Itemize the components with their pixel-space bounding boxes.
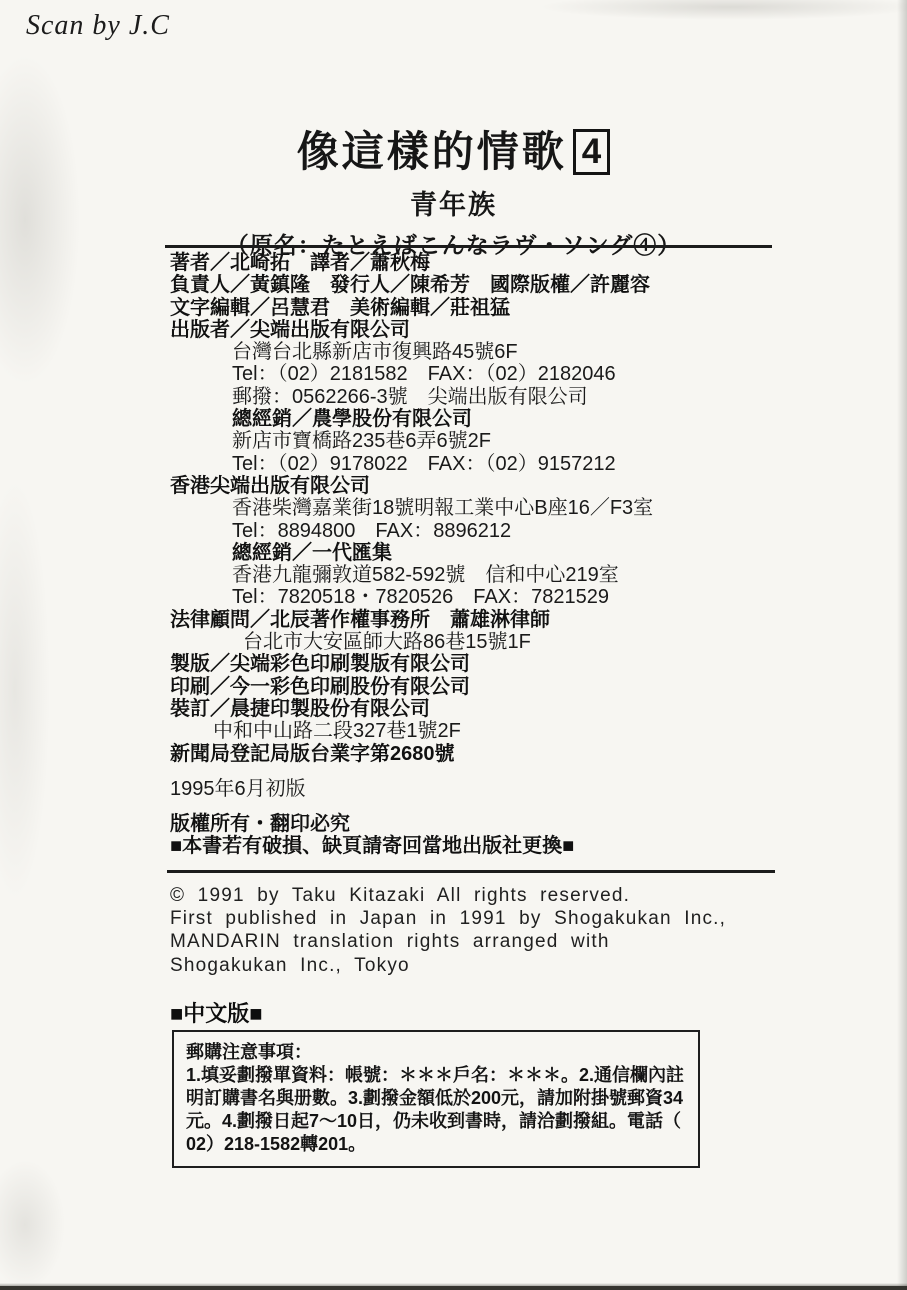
colophon-line: 香港尖端出版有限公司 [170, 475, 653, 497]
colophon-line: 版權所有・翻印必究 [170, 813, 653, 835]
colophon-line: 總經銷／農學股份有限公司 [170, 408, 653, 430]
copyright-line: © 1991 by Taku Kitazaki All rights reser… [170, 884, 726, 907]
mail-order-line: 明訂購書名與册數。3.劃撥金額低於200元，請加附掛號郵資34 [186, 1087, 688, 1110]
colophon-line: 製版／尖端彩色印刷製版有限公司 [170, 653, 653, 675]
copyright-line: First published in Japan in 1991 by Shog… [170, 907, 726, 930]
colophon-line: 台北市大安區師大路86巷15號1F [170, 631, 653, 653]
scanner-credit: Scan by J.C [26, 10, 170, 42]
chinese-edition-label: ■中文版■ [170, 997, 263, 1028]
colophon-line: 法律顧問／北辰著作權事務所 蕭雄淋律師 [170, 609, 653, 631]
colophon-line: 總經銷／一代匯集 [170, 542, 653, 564]
colophon-line: 文字編輯／呂慧君 美術編輯／莊祖猛 [170, 297, 653, 319]
colophon-line: 著者／北崎拓 譯者／蕭秋梅 [170, 252, 653, 274]
mail-order-line: 02）218-1582轉201。 [186, 1133, 688, 1156]
colophon-line: 郵撥：0562266-3號 尖端出版有限公司 [170, 386, 653, 408]
colophon-line: Tel：7820518・7820526 FAX：7821529 [170, 586, 653, 608]
mail-order-line: 元。4.劃撥日起7～10日，仍未收到書時，請洽劃撥組。電話（ [186, 1110, 688, 1133]
english-copyright-block: © 1991 by Taku Kitazaki All rights reser… [170, 884, 726, 977]
scan-smudge [0, 480, 50, 900]
colophon-line: 新聞局登記局版台業字第2680號 [170, 743, 653, 765]
colophon-line: Tel：（02）2181582 FAX：（02）2182046 [170, 363, 653, 385]
colophon-line: 香港九龍彌敦道582-592號 信和中心219室 [170, 564, 653, 586]
divider-bottom [167, 870, 775, 873]
book-title-text: 像這樣的情歌 [297, 128, 567, 175]
colophon-line: 台灣台北縣新店市復興路45號6F [170, 341, 653, 363]
colophon-line: 香港柴灣嘉業街18號明報工業中心B座16／F3室 [170, 497, 653, 519]
title-block: 像這樣的情歌4 青年族 （原名：たとえばこんなラヴ・ソング④） [0, 128, 907, 260]
colophon-block: 著者／北崎拓 譯者／蕭秋梅負責人／黃鎮隆 發行人／陳希芳 國際版權／許麗容文字編… [170, 252, 653, 858]
mail-order-line: 1.填妥劃撥單資料：帳號：＊＊＊戶名：＊＊＊。2.通信欄內註 [186, 1064, 688, 1087]
divider-top [165, 245, 772, 248]
book-subtitle: 青年族 [0, 183, 907, 222]
mail-order-notice-box: 郵購注意事項：1.填妥劃撥單資料：帳號：＊＊＊戶名：＊＊＊。2.通信欄內註明訂購… [172, 1030, 700, 1168]
copyright-line: Shogakukan Inc., Tokyo [170, 954, 726, 977]
scanned-book-page: Scan by J.C 像這樣的情歌4 青年族 （原名：たとえばこんなラヴ・ソン… [0, 0, 907, 1290]
colophon-line: 印刷／今一彩色印刷股份有限公司 [170, 676, 653, 698]
page-edge-shadow [897, 0, 907, 1290]
scan-edge-line [0, 1286, 907, 1290]
colophon-line: 1995年6月初版 [170, 778, 653, 800]
colophon-line: 出版者／尖端出版有限公司 [170, 319, 653, 341]
colophon-line: Tel：（02）9178022 FAX：（02）9157212 [170, 453, 653, 475]
colophon-line: 中和中山路二段327巷1號2F [170, 720, 653, 742]
scan-smudge [540, 0, 907, 20]
colophon-line: 裝訂／晨捷印製股份有限公司 [170, 698, 653, 720]
copyright-line: MANDARIN translation rights arranged wit… [170, 930, 726, 953]
book-title: 像這樣的情歌4 [0, 128, 907, 176]
colophon-line: 新店市寶橋路235巷6弄6號2F [170, 430, 653, 452]
mail-order-line: 郵購注意事項： [186, 1041, 688, 1064]
scan-smudge [0, 1160, 65, 1290]
colophon-line: Tel：8894800 FAX：8896212 [170, 520, 653, 542]
colophon-line: 負責人／黃鎮隆 發行人／陳希芳 國際版權／許麗容 [170, 274, 653, 296]
colophon-line: ■本書若有破損、缺頁請寄回當地出版社更換■ [170, 835, 653, 857]
volume-number-box: 4 [573, 129, 610, 175]
